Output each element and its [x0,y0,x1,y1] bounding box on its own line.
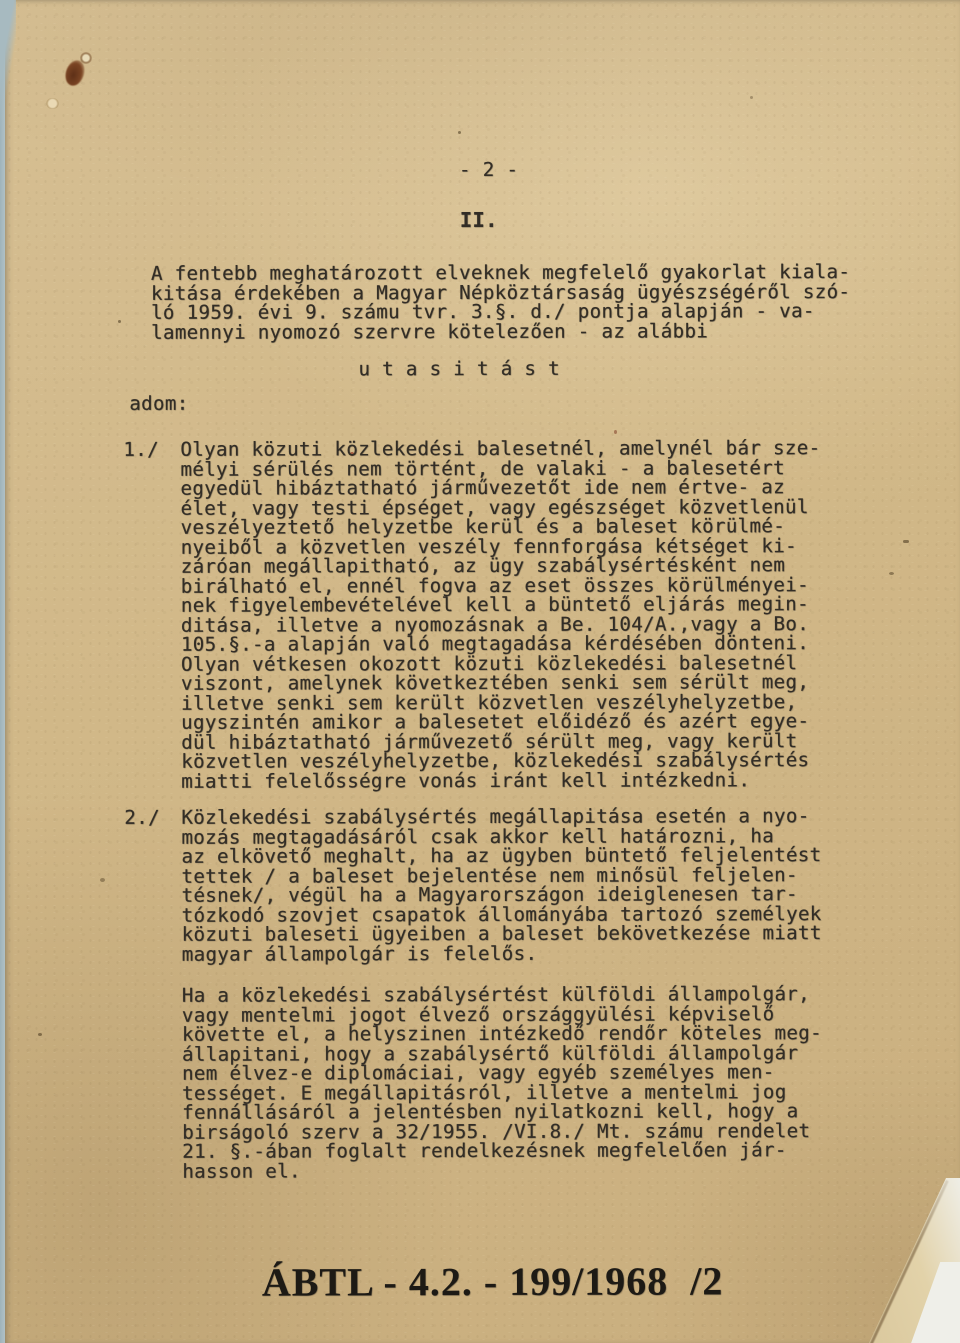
intro-paragraph: A fentebb meghatározott elveknek megfele… [151,262,871,342]
item-2-number: 2./ [124,808,160,828]
item-2-text-continued: Ha a közlekedési szabálysértést külföldi… [182,984,893,1181]
issue-word: adom: [129,394,188,414]
section-heading: II. [129,210,829,231]
instruction-word: u t a s i t á s t [109,358,809,379]
scanned-document-page: - 2 - II. A fentebb meghatározott elvekn… [0,0,960,1343]
typewritten-text-layer: - 2 - II. A fentebb meghatározott elvekn… [0,0,960,1343]
item-1-number: 1./ [123,440,159,460]
item-1-text: Olyan közuti közlekedési balesetnél, ame… [180,438,881,791]
item-2-text: Közlekedési szabálysértés megállapitása … [181,806,891,964]
archive-reference-stamp: ÁBTL - 4.2. - 199/1968 /2 [102,1257,884,1306]
page-number: - 2 - [139,159,839,180]
